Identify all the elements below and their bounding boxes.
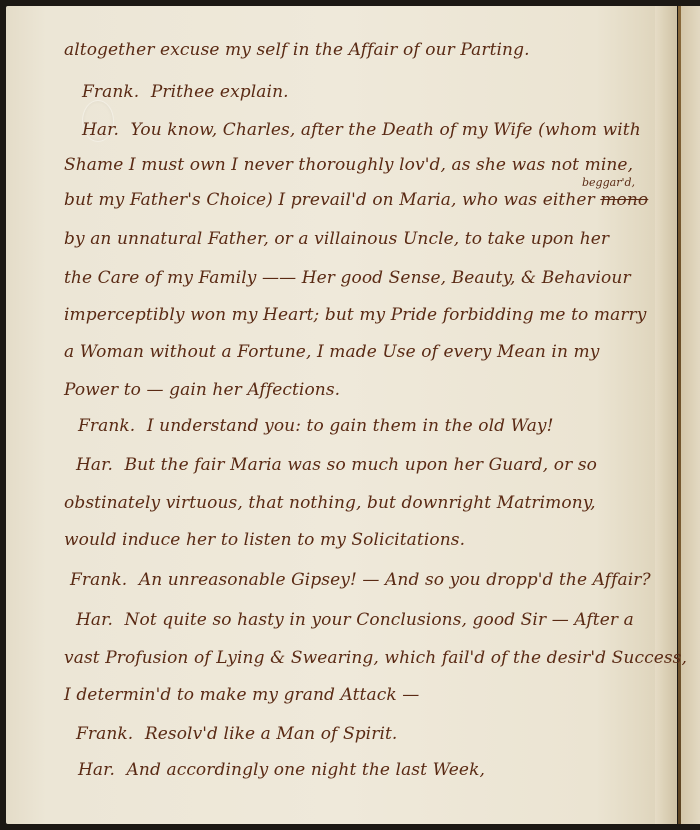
- text-line: vast Profusion of Lying & Swearing, whic…: [64, 648, 687, 668]
- line-text: would induce her to listen to my Solicit…: [64, 530, 465, 550]
- line-text: imperceptibly won my Heart; but my Pride…: [64, 305, 646, 325]
- text-line: but my Father's Choice) I prevail'd on M…: [64, 190, 648, 210]
- text-line: the Care of my Family —— Her good Sense,…: [64, 268, 631, 288]
- speaker-name: Frank.: [78, 416, 135, 436]
- line-text: I understand you: to gain them in the ol…: [147, 416, 554, 436]
- text-line: Frank. An unreasonable Gipsey! — And so …: [70, 570, 651, 590]
- text-line: Har. But the fair Maria was so much upon…: [76, 455, 597, 475]
- text-line: Frank. I understand you: to gain them in…: [78, 416, 554, 436]
- speaker-name: Har.: [82, 120, 119, 140]
- speaker-name: Har.: [76, 610, 113, 630]
- line-text: but my Father's Choice) I prevail'd on M…: [64, 190, 595, 210]
- text-line: by an unnatural Father, or a villainous …: [64, 229, 609, 249]
- speaker-name: Har.: [78, 760, 115, 780]
- line-text: But the fair Maria was so much upon her …: [125, 455, 597, 475]
- text-line: Frank. Resolv'd like a Man of Spirit.: [76, 724, 397, 744]
- manuscript-text: altogether excuse my self in the Affair …: [0, 0, 660, 830]
- text-line: obstinately virtuous, that nothing, but …: [64, 493, 596, 513]
- text-line: Har. You know, Charles, after the Death …: [82, 120, 641, 140]
- line-text: An unreasonable Gipsey! — And so you dro…: [139, 570, 651, 590]
- speaker-name: Har.: [76, 455, 113, 475]
- text-line: Har. Not quite so hasty in your Conclusi…: [76, 610, 634, 630]
- line-text: Prithee explain.: [151, 82, 289, 102]
- line-text: I determin'd to make my grand Attack —: [64, 685, 419, 705]
- speaker-name: Frank.: [76, 724, 133, 744]
- text-line: altogether excuse my self in the Affair …: [64, 40, 530, 60]
- text-line: Shame I must own I never thoroughly lov'…: [64, 155, 633, 175]
- line-text: obstinately virtuous, that nothing, but …: [64, 493, 596, 513]
- line-text: the Care of my Family —— Her good Sense,…: [64, 268, 631, 288]
- line-text: vast Profusion of Lying & Swearing, whic…: [64, 648, 687, 668]
- line-text: a Woman without a Fortune, I made Use of…: [64, 342, 599, 362]
- line-text: And accordingly one night the last Week,: [127, 760, 485, 780]
- line-text: You know, Charles, after the Death of my…: [131, 120, 641, 140]
- line-text: Power to — gain her Affections.: [64, 380, 340, 400]
- speaker-name: Frank.: [82, 82, 139, 102]
- speaker-name: Frank.: [70, 570, 127, 590]
- adjacent-page-edge: [681, 6, 700, 824]
- text-line: would induce her to listen to my Solicit…: [64, 530, 465, 550]
- interlinear-insertion: beggar'd,: [582, 176, 635, 189]
- text-line: a Woman without a Fortune, I made Use of…: [64, 342, 599, 362]
- line-text: Shame I must own I never thoroughly lov'…: [64, 155, 633, 175]
- text-line: Har. And accordingly one night the last …: [78, 760, 485, 780]
- manuscript-scan: altogether excuse my self in the Affair …: [0, 0, 700, 830]
- line-text: Resolv'd like a Man of Spirit.: [145, 724, 398, 744]
- struck-word: mono: [600, 190, 648, 210]
- text-line: Power to — gain her Affections.: [64, 380, 340, 400]
- text-line: imperceptibly won my Heart; but my Pride…: [64, 305, 646, 325]
- text-line: Frank. Prithee explain.: [82, 82, 289, 102]
- line-text: Not quite so hasty in your Conclusions, …: [125, 610, 634, 630]
- text-line: I determin'd to make my grand Attack —: [64, 685, 419, 705]
- line-text: altogether excuse my self in the Affair …: [64, 40, 530, 60]
- line-text: by an unnatural Father, or a villainous …: [64, 229, 609, 249]
